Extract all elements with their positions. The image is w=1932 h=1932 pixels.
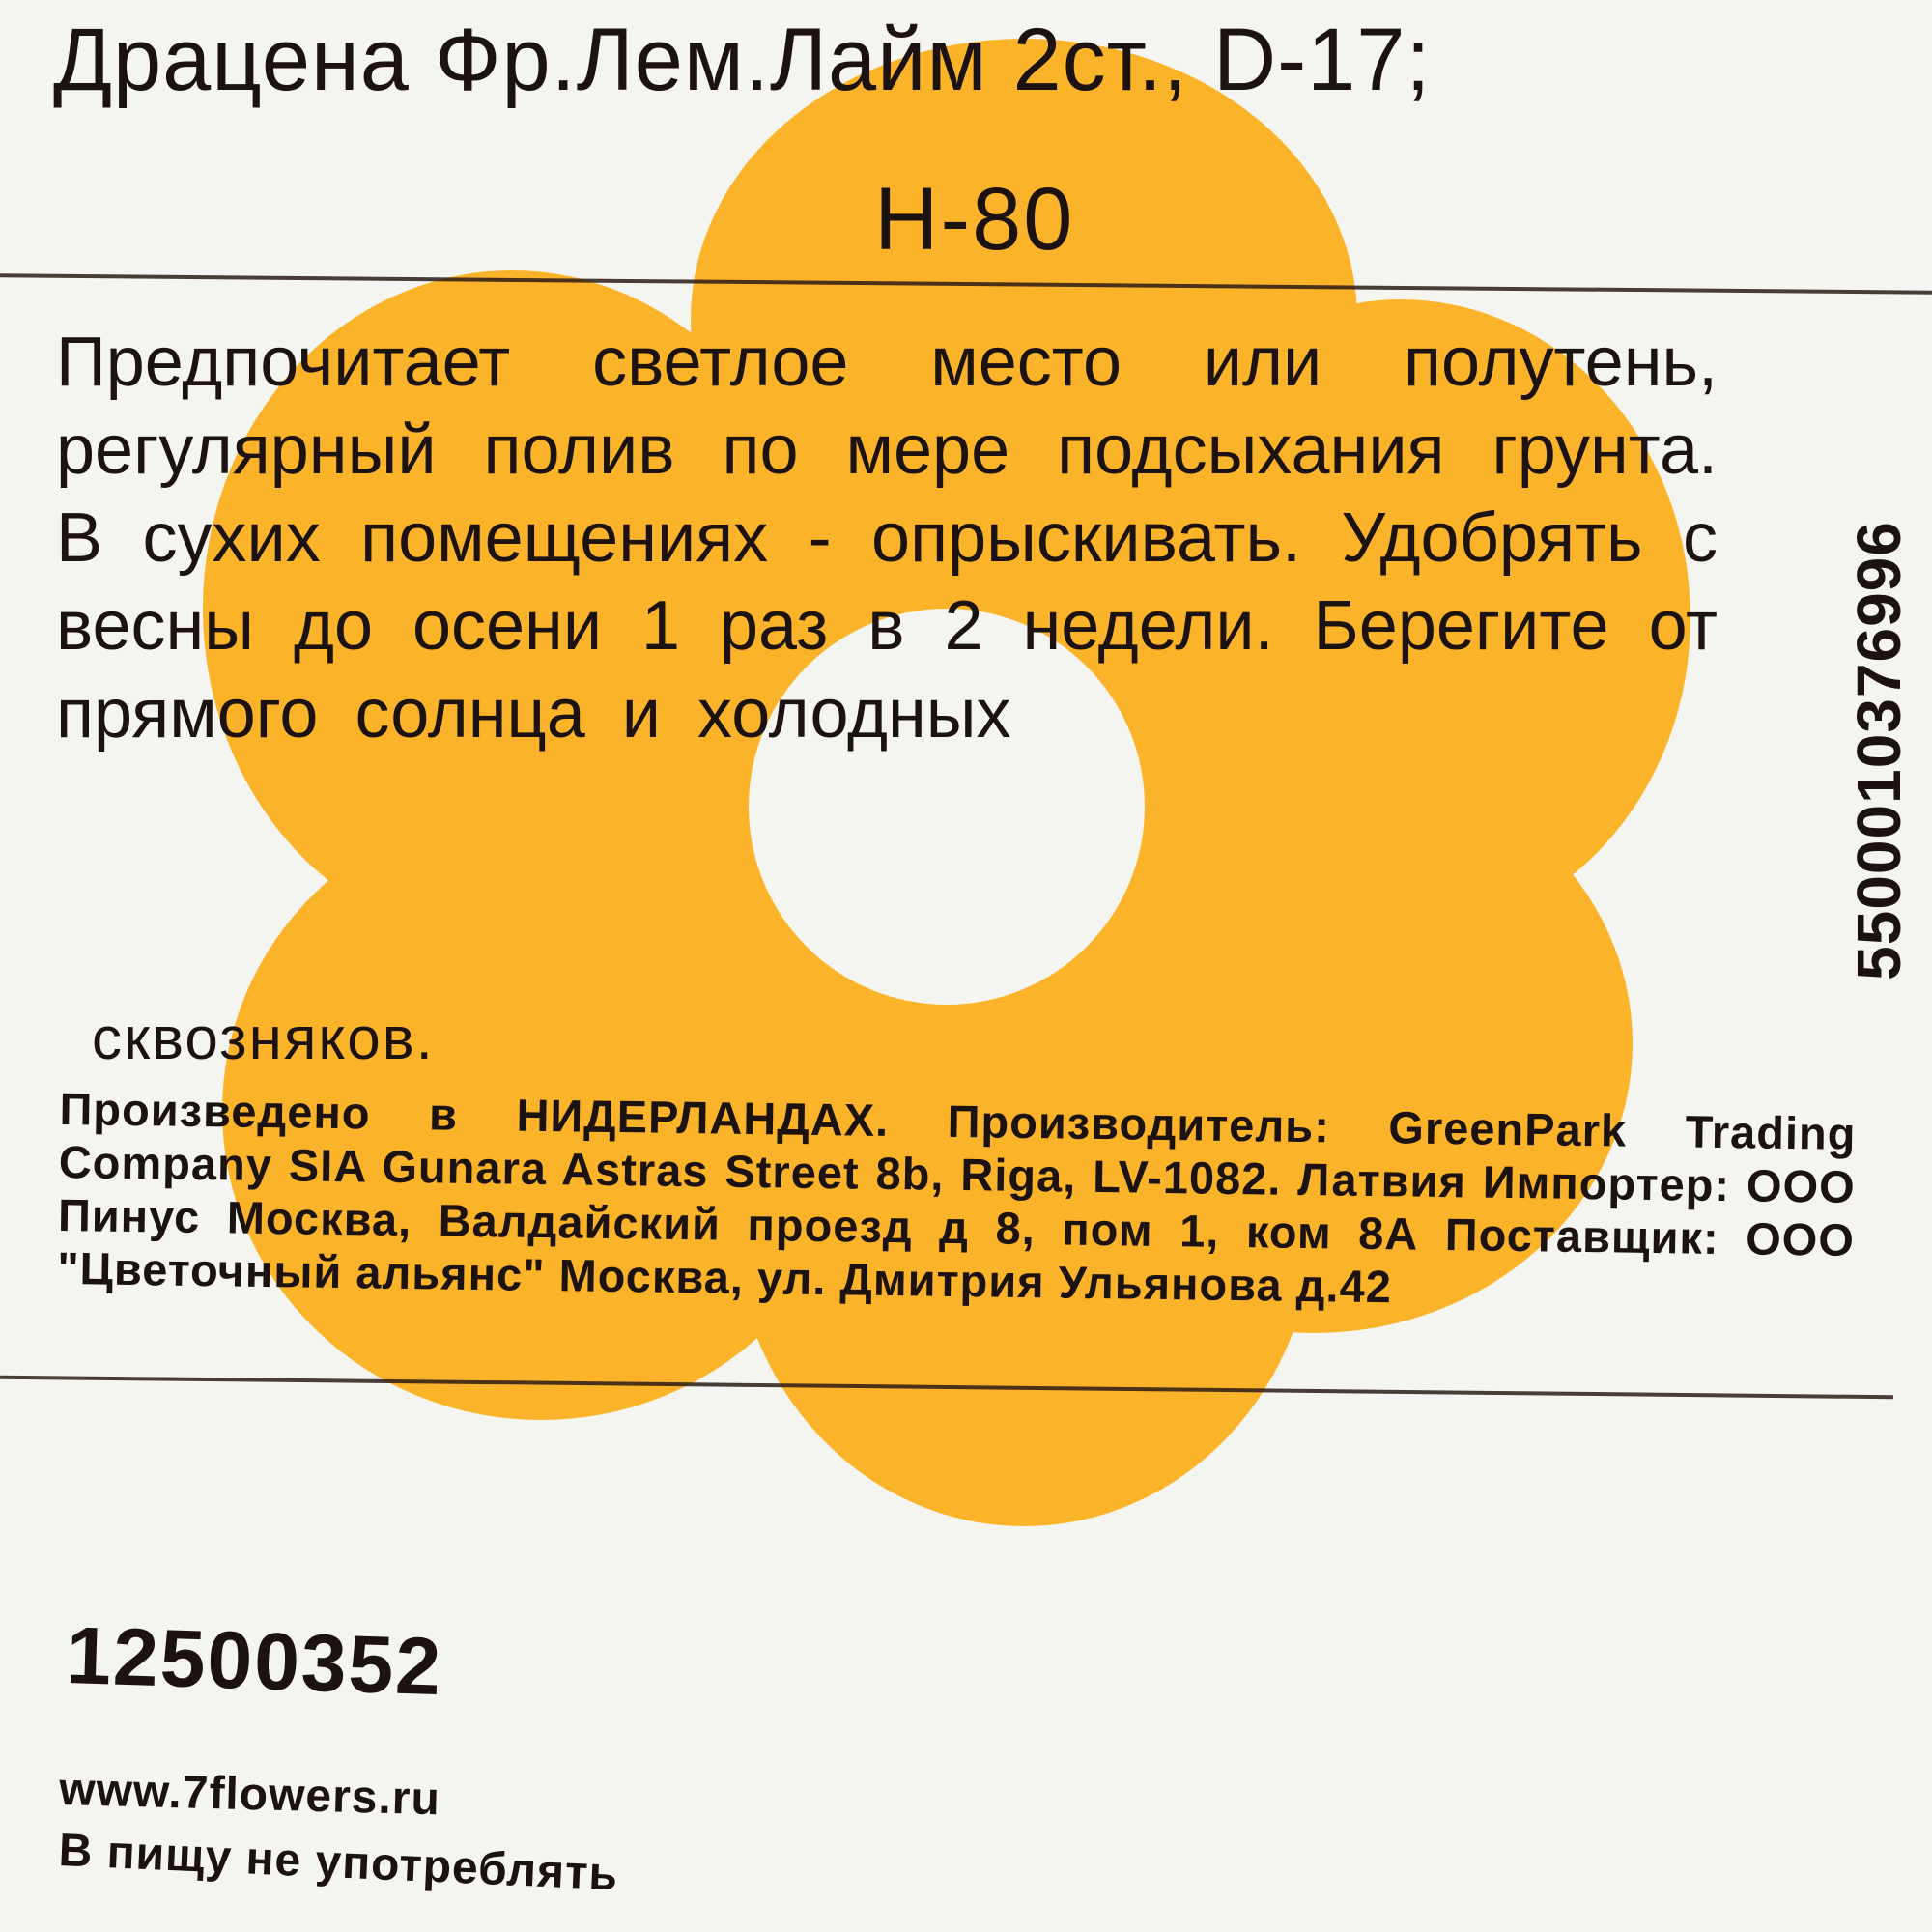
- website-link[interactable]: www.7flowers.ru: [59, 1763, 441, 1826]
- product-title: Драцена Фр.Лем.Лайм 2ст., D-17;: [53, 10, 1899, 111]
- barcode-number: 5500010376996: [1843, 384, 1915, 1118]
- manufacturer-info: Произведено в НИДЕРЛАНДАХ. Производитель…: [57, 1082, 1857, 1320]
- product-height: H-80: [874, 169, 1074, 270]
- care-instructions: Предпочитает светлое место или полутень,…: [56, 319, 1718, 758]
- article-number: 12500352: [65, 1608, 444, 1714]
- care-instructions-end: сквозняков.: [92, 1005, 435, 1073]
